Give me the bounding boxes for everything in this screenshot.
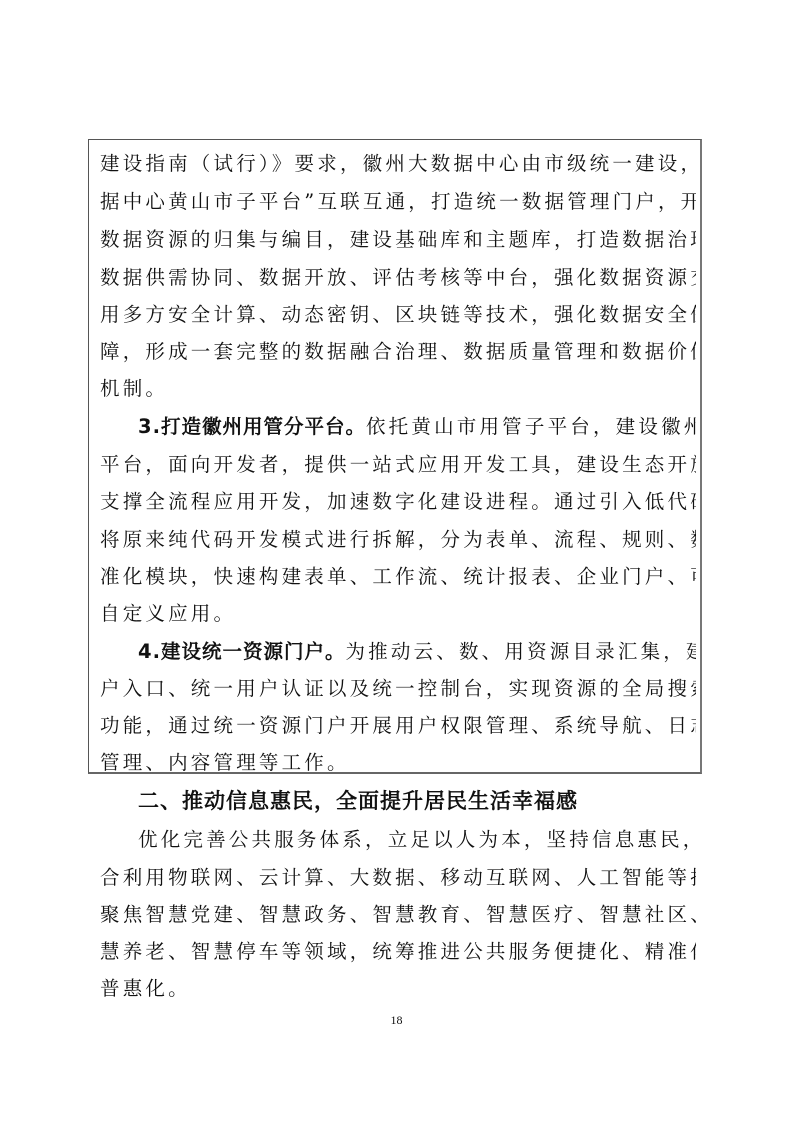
section2-line-2: 合利用物联网、云计算、大数据、移动互联网、人工智能等技术， bbox=[100, 860, 696, 896]
para1-line-5: 用多方安全计算、动态密钥、区块链等技术，强化数据安全保障和运维保 bbox=[100, 297, 696, 333]
section2-line-3: 聚焦智慧党建、智慧政务、智慧教育、智慧医疗、智慧社区、智 bbox=[100, 897, 696, 933]
item3-first-line-text: 依托黄山市用管子平台，建设徽州区用管分 bbox=[366, 415, 696, 438]
item3-title: 3.打造徽州用管分平台。 bbox=[138, 415, 366, 438]
item3-line-3: 支撑全流程应用开发，加速数字化建设进程。通过引入低代码开发系统， bbox=[100, 484, 696, 520]
item3-line-4: 将原来纯代码开发模式进行拆解，分为表单、流程、规则、数据模型等标 bbox=[100, 522, 696, 558]
item3-line-5: 准化模块，快速构建表单、工作流、统计报表、企业门户、可视化大屏等 bbox=[100, 559, 696, 595]
item3-line-2: 平台，面向开发者，提供一站式应用开发工具，建设生态开放的组件库， bbox=[100, 447, 696, 483]
item4-line-3: 功能，通过统一资源门户开展用户权限管理、系统导航、日志管理、消息 bbox=[100, 708, 696, 744]
item3-line-6: 自定义应用。 bbox=[100, 596, 696, 632]
item3-first-line: 3.打造徽州用管分平台。依托黄山市用管子平台，建设徽州区用管分 bbox=[138, 409, 696, 445]
page-number: 18 bbox=[0, 1013, 793, 1028]
para1-line-1: 建设指南（试行）》要求，徽州大数据中心由市级统一建设，与“江淮大数 bbox=[100, 146, 696, 182]
section2-line-1: 优化完善公共服务体系，立足以人为本，坚持信息惠民，综 bbox=[138, 822, 696, 858]
section2-line-4: 慧养老、智慧停车等领域，统筹推进公共服务便捷化、精准化、 bbox=[100, 934, 696, 970]
section-heading: 二、推动信息惠民，全面提升居民生活幸福感 bbox=[138, 783, 578, 819]
para1-line-6: 障，形成一套完整的数据融合治理、数据质量管理和数据价值运营的运作 bbox=[100, 334, 696, 370]
para1-line-7: 机制。 bbox=[100, 371, 696, 407]
item4-first-line-text: 为推动云、数、用资源目录汇集，建设统一门 bbox=[345, 640, 696, 663]
para1-line-3: 数据资源的归集与编目，建设基础库和主题库，打造数据治理、数据共享、 bbox=[100, 222, 696, 258]
item4-line-4: 管理、内容管理等工作。 bbox=[100, 745, 696, 781]
item4-first-line: 4.建设统一资源门户。为推动云、数、用资源目录汇集，建设统一门 bbox=[138, 634, 696, 670]
para1-line-4: 数据供需协同、数据开放、评估考核等中台，强化数据资源交换共享，运 bbox=[100, 260, 696, 296]
item4-line-2: 户入口、统一用户认证以及统一控制台，实现资源的全局搜索和统一申请 bbox=[100, 671, 696, 707]
para1-line-2: 据中心黄山市子平台”互联互通，打造统一数据管理门户，开展全区全量 bbox=[100, 184, 696, 220]
item4-title: 4.建设统一资源门户。 bbox=[138, 640, 345, 663]
section2-line-5: 普惠化。 bbox=[100, 971, 696, 1007]
